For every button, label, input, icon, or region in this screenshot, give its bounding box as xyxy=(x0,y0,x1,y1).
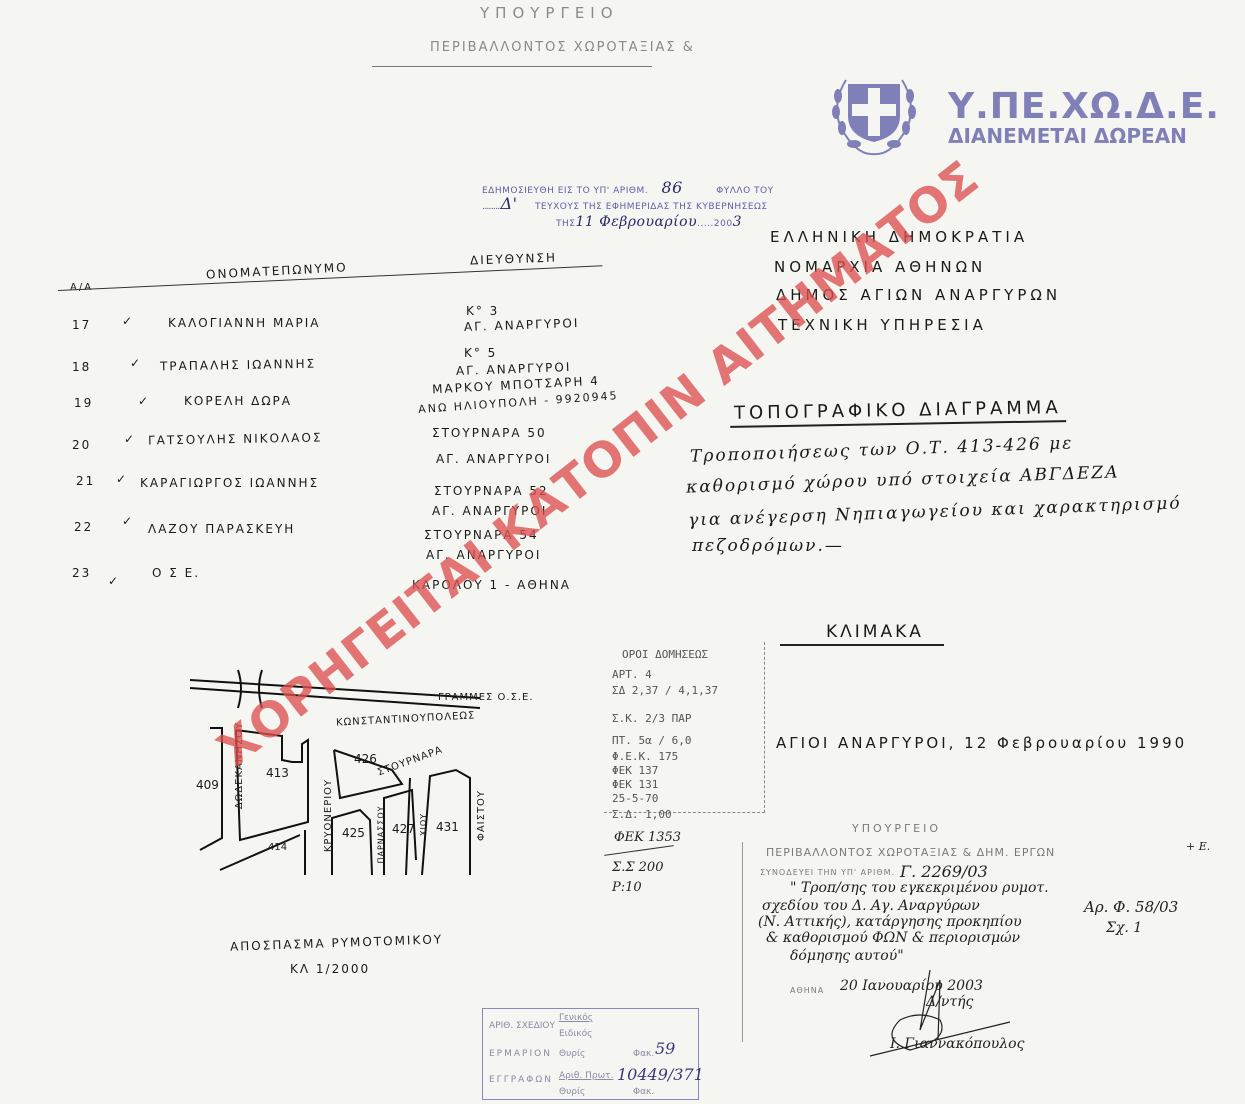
publication-line-text: ΤΕΥΧΟΥΣ ΤΗΣ ΕΦΗΜΕΡΙΔΑΣ ΤΗΣ ΚΥΒΕΡΝΗΣΕΩΣ xyxy=(535,202,768,212)
gazette-issue: Δ' xyxy=(501,194,518,213)
stamp-line: Σ.Κ. 2/3 ΠΑΡ xyxy=(612,712,691,725)
railway-label: ΓΡΑΜΜΕΣ Ο.Σ.Ε. xyxy=(438,692,534,703)
stamp-line: ΑΡΤ. 4 xyxy=(612,668,652,681)
row-index: 17 xyxy=(72,318,91,332)
publication-line-3: ΤΗΣ11 Φεβρουαρίου.....2003 xyxy=(556,214,742,230)
publication-date: 11 Φεβρουαρίου xyxy=(575,214,697,230)
publication-year-prefix: 200 xyxy=(714,219,733,229)
diagram-description-line: πεζοδρόμων.— xyxy=(692,536,844,556)
stamp-note: ΦΕΚ 1353 xyxy=(614,830,681,845)
reference-side: Σχ. 1 xyxy=(1106,920,1142,936)
check-icon: ✓ xyxy=(122,514,134,528)
block-number: 409 xyxy=(196,778,219,792)
row-name: ΓΑΤΣΟΥΛΗΣ ΝΙΚΟΛΑΟΣ xyxy=(148,430,323,447)
stamp-title: ΟΡΟΙ ΔΟΜΗΣΕΩΣ xyxy=(622,648,708,661)
row-index: 21 xyxy=(76,474,95,488)
stamp-line: Σ.Δ. 1,00 xyxy=(612,808,672,821)
check-icon: ✓ xyxy=(130,356,142,370)
ministry-heading: ΥΠΟΥΡΓΕΙΟ xyxy=(480,4,619,22)
stamp-line: Φ.Ε.Κ. 175 xyxy=(612,750,678,763)
row-address: Κ° 5 xyxy=(464,346,497,360)
block-number: 414 xyxy=(268,842,287,853)
street-label: ΦΑΙΣΤΟΥ xyxy=(476,790,487,841)
divider xyxy=(604,845,673,856)
catalog-folder-label: Φακ. xyxy=(633,1049,654,1059)
diagram-title: ΤΟΠΟΓΡΑΦΙΚΟ ΔΙΑΓΡΑΜΜΑ xyxy=(730,397,1066,428)
block-number: 427 xyxy=(392,822,415,836)
row-address: ΑΓ. ΑΝΑΡΓΥΡΟΙ xyxy=(436,452,551,466)
check-icon: ✓ xyxy=(138,394,150,408)
logo-title: Υ.ΠΕ.ΧΩ.Δ.Ε. xyxy=(948,86,1220,127)
publication-year-suffix: 3 xyxy=(733,214,742,230)
ministry-subheading: ΠΕΡΙΒΑΛΛΟΝΤΟΣ ΧΩΡΟΤΑΞΙΑΣ & xyxy=(430,40,695,55)
publication-date-prefix: ΤΗΣ xyxy=(556,219,575,229)
catalog-specific: Ειδικός xyxy=(559,1029,592,1039)
logo-subtitle: ΔΙΑΝΕΜΕΤΑΙ ΔΩΡΕΑΝ xyxy=(948,124,1187,148)
catalog-drawing-label: ΑΡΙΘ. ΣΧΕΔΙΟΥ xyxy=(489,1021,555,1031)
row-name: ΚΑΡΑΓΙΩΡΓΟΣ ΙΩΑΝΝΗΣ xyxy=(140,476,319,490)
publication-line-2: ..........Δ' ΤΕΥΧΟΥΣ ΤΗΣ ΕΦΗΜΕΡΙΔΑΣ ΤΗΣ … xyxy=(482,194,768,213)
approval-text: σχεδίου του Δ. Αγ. Αναργύρων xyxy=(762,898,980,914)
catalog-protocol-label: Αριθ. Πρωτ. xyxy=(559,1071,613,1081)
watermark: ΧΟΡΗΓΕΙΤΑΙ ΚΑΤΟΠΙΝ ΑΙΤΗΜΑΤΟΣ xyxy=(208,150,990,778)
check-icon: ✓ xyxy=(122,314,134,328)
catalog-docs-label: ΕΓΓΡΑΦΩΝ xyxy=(489,1075,553,1085)
col-header-index: Α/Α xyxy=(70,282,93,293)
map-scale: ΚΛ 1/2000 xyxy=(290,962,370,976)
catalog-door-2: Θυρίς xyxy=(559,1087,585,1097)
row-address: ΣΤΟΥΡΝΑΡΑ 50 xyxy=(432,426,547,440)
row-index: 19 xyxy=(74,396,93,410)
stamp-line: ΦΕΚ 131 xyxy=(612,778,658,791)
approval-ministry: ΥΠΟΥΡΓΕΙΟ xyxy=(852,822,941,835)
block-number: 431 xyxy=(436,820,459,834)
greek-coat-of-arms-icon xyxy=(826,66,922,162)
map-caption: ΑΠΟΣΠΑΣΜΑ ΡΥΜΟΤΟΜΙΚΟΥ xyxy=(230,932,443,953)
approval-text: & καθορισμού ΦΩΝ & περιορισμών xyxy=(766,930,1020,946)
row-name: Ο Σ Ε. xyxy=(152,566,200,580)
row-name: ΤΡΑΠΑΛΗΣ ΙΩΑΝΝΗΣ xyxy=(160,357,316,374)
check-icon: ✓ xyxy=(108,574,120,588)
row-index: 18 xyxy=(72,360,91,374)
approval-city: ΑΘΗΝΑ xyxy=(790,986,824,995)
row-index: 23 xyxy=(72,566,91,580)
stamp-line: ΣΔ 2,37 / 4,1,37 xyxy=(612,684,718,697)
row-name: ΚΟΡΕΛΗ ΔΩΡΑ xyxy=(184,394,292,408)
corner-mark: + Ε. xyxy=(1186,840,1210,853)
stamp-line: ΠΤ. 5α / 6,0 xyxy=(612,734,691,747)
reference-side: Αρ. Φ. 58/03 xyxy=(1084,898,1178,916)
catalog-general: Γενικός xyxy=(559,1013,593,1023)
check-icon: ✓ xyxy=(124,432,136,446)
divider xyxy=(372,66,652,67)
row-name: ΚΑΛΟΓΙΑΝΝΗ ΜΑΡΙΑ xyxy=(168,316,321,330)
signer-name: Ι. Γιαννακόπουλος xyxy=(890,1036,1024,1052)
row-index: 20 xyxy=(72,438,91,452)
approval-ref-prefix: ΣΥΝΟΔΕΥΕΙ ΤΗΝ ΥΠ' ΑΡΙΘΜ. xyxy=(760,868,895,877)
row-address: ΑΓ. ΑΝΑΡΓΥΡΟΙ xyxy=(464,316,580,334)
row-address: Κ° 3 xyxy=(466,304,499,318)
col-header-address: ΔΙΕΥΘΥΝΣΗ xyxy=(470,250,557,267)
stamp-line: 25-5-70 xyxy=(612,792,658,805)
block-number: 426 xyxy=(354,752,377,766)
stamp-line: ΦΕΚ 137 xyxy=(612,764,658,777)
catalog-folder-2: Φακ. xyxy=(633,1087,654,1097)
block-number: 413 xyxy=(266,766,289,780)
stamp-note: Ρ:10 xyxy=(612,880,642,895)
catalog-door: Θυρίς xyxy=(559,1049,585,1059)
approval-text: " Τροπ/σης του εγκεκριμένου ρυμοτ. xyxy=(790,880,1049,896)
approval-text: (Ν. Αττικής), κατάργησης προκηπίου xyxy=(758,914,1022,930)
stamp-note: Σ.Σ 200 xyxy=(612,860,663,875)
street-label: ΠΑΡΝΑΣΣΟΥ xyxy=(377,805,386,863)
row-index: 22 xyxy=(74,520,93,534)
row-name: ΛΑΖΟΥ ΠΑΡΑΣΚΕΥΗ xyxy=(148,522,295,536)
catalog-protocol-value: 10449/371 xyxy=(617,1065,704,1084)
street-label: ΚΡΥΟΝΕΡΙΟΥ xyxy=(323,779,334,852)
diagram-description-line: καθορισμό χώρου υπό στοιχεία ΑΒΓΔΕΖΑ xyxy=(686,462,1120,497)
catalog-folder-value: 59 xyxy=(655,1039,675,1058)
scale-heading: ΚΛΙΜΑΚΑ xyxy=(780,622,944,646)
approval-ministry-full: ΠΕΡΙΒΑΛΛΟΝΤΟΣ ΧΩΡΟΤΑΞΙΑΣ & ΔΗΜ. ΕΡΓΩΝ xyxy=(766,846,1055,859)
block-number: 425 xyxy=(342,826,365,840)
catalog-stamp: ΑΡΙΘ. ΣΧΕΔΙΟΥ Γενικός Ειδικός ΕΡΜΑΡΙΟΝ Θ… xyxy=(482,1008,699,1100)
street-label: ΧΙΟΥ xyxy=(419,813,428,836)
catalog-cabinet-label: ΕΡΜΑΡΙΟΝ xyxy=(489,1049,552,1059)
approval-ref-number: Γ. 2269/03 xyxy=(900,862,988,881)
check-icon: ✓ xyxy=(116,472,128,486)
diagram-description-line: για ανέγερση Νηπιαγωγείου και χαρακτηρισ… xyxy=(688,493,1182,530)
place-date: ΑΓΙΟΙ ΑΝΑΡΓΥΡΟΙ, 12 Φεβρουαρίου 1990 xyxy=(776,734,1187,752)
diagram-description-line: Τροποποιήσεως των Ο.Τ. 413-426 με xyxy=(690,433,1074,466)
divider xyxy=(742,842,743,1042)
